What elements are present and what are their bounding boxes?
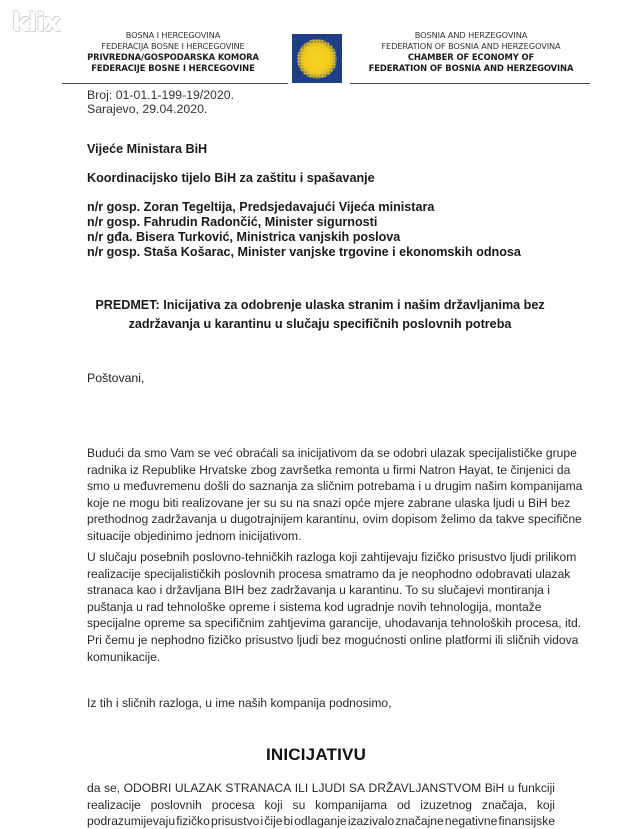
subject-line-1: PREDMET: Inicijativa za odobrenje ulaska… bbox=[70, 296, 570, 315]
initiative-word: se, bbox=[104, 780, 120, 797]
initiative-word: STRANACA bbox=[225, 780, 291, 797]
letterhead-chamber-name-en: CHAMBER OF ECONOMY OF bbox=[352, 52, 590, 63]
paragraph-2: U slučaju posebnih poslovno-tehničkih ra… bbox=[87, 549, 557, 665]
chamber-logo-icon bbox=[292, 34, 342, 83]
initiative-word: kompanijama bbox=[315, 797, 387, 814]
reference-place-date: Sarajevo, 29.04.2020. bbox=[87, 102, 207, 116]
paragraph-2-line: U slučaju posebnih poslovno-tehničkih ra… bbox=[87, 549, 557, 566]
reference-number: Broj: 01-01.1-199-19/2020. bbox=[87, 88, 234, 102]
letterhead-federation: FEDERACIJA BOSNE I HERCEGOVINE bbox=[62, 41, 284, 52]
paragraph-2-line: realizacije specijalističkih poslovnih p… bbox=[87, 566, 557, 583]
initiative-word: od bbox=[397, 797, 410, 814]
initiative-word: negativne bbox=[445, 813, 497, 829]
letterhead-divider-right bbox=[350, 83, 590, 84]
initiative-word: koji bbox=[537, 797, 555, 814]
initiative-word: prisustvo bbox=[211, 813, 259, 829]
initiative-line: podrazumijevajufizičkoprisustvoičijebiod… bbox=[87, 813, 555, 829]
paragraph-2-line: specijalne opreme sa specifičnim zahtjev… bbox=[87, 615, 557, 632]
paragraph-3-line: Iz tih i sličnih razloga, u ime naših ko… bbox=[87, 695, 557, 712]
paragraph-3: Iz tih i sličnih razloga, u ime naših ko… bbox=[87, 695, 557, 712]
recipient-attention-2: n/r gosp. Fahrudin Radončić, Minister si… bbox=[87, 215, 377, 229]
initiative-word: čije bbox=[264, 813, 282, 829]
initiative-line: realizacijeposlovnihprocesakojisukompani… bbox=[87, 797, 555, 814]
recipient-secondary: Koordinacijsko tijelo BiH za zaštitu i s… bbox=[87, 171, 375, 185]
subject-line-2: zadržavanja u karantinu u slučaju specif… bbox=[70, 315, 570, 334]
initiative-word: izuzetnog bbox=[420, 797, 472, 814]
initiative-word: fizičko bbox=[176, 813, 210, 829]
letterhead-federation-en: FEDERATION OF BOSNIA AND HERZEGOVINA bbox=[352, 41, 590, 52]
paragraph-1-line: prethodnog zadržavanja u dugotrajnijem k… bbox=[87, 511, 557, 528]
initiative-word: da bbox=[87, 780, 100, 797]
salutation: Poštovani, bbox=[87, 370, 144, 386]
recipient-primary: Vijeće Ministara BiH bbox=[87, 142, 207, 156]
paragraph-1-line: Budući da smo Vam se već obraćali sa ini… bbox=[87, 445, 557, 462]
initiative-word: poslovnih bbox=[151, 797, 202, 814]
subject: PREDMET: Inicijativa za odobrenje ulaska… bbox=[70, 296, 570, 334]
paragraph-1-line: smo u međuvremenu došli do saznanja za s… bbox=[87, 478, 557, 495]
initiative-word: funkciji bbox=[518, 780, 555, 797]
initiative-word: finansijske bbox=[499, 813, 555, 829]
initiative-line: dase,ODOBRIULAZAKSTRANACAILILJUDISADRŽAV… bbox=[87, 780, 555, 797]
sun-icon bbox=[297, 39, 337, 79]
initiative-word: DRŽAVLJANSTVOM bbox=[369, 780, 482, 797]
recipient-attention-1: n/r gosp. Zoran Tegeltija, Predsjedavaju… bbox=[87, 200, 434, 214]
paragraph-1: Budući da smo Vam se već obraćali sa ini… bbox=[87, 445, 557, 545]
initiative-word: u bbox=[508, 780, 515, 797]
letterhead-country: BOSNA I HERCEGOVINA bbox=[62, 30, 284, 41]
initiative-word: značaja, bbox=[482, 797, 527, 814]
initiative-word: odlaganje bbox=[294, 813, 346, 829]
paragraph-2-line: puštanja u rad tehnološke opreme i siste… bbox=[87, 599, 557, 616]
paragraph-1-line: situacije objedinimo jednom inicijativom… bbox=[87, 528, 557, 545]
paragraph-1-line: radnika iz Republike Hrvatske zbog završ… bbox=[87, 462, 557, 479]
letterhead-right-english: BOSNIA AND HERZEGOVINA FEDERATION OF BOS… bbox=[352, 30, 590, 74]
paragraph-1-line: koje ne mogu biti realizovane jer su su … bbox=[87, 495, 557, 512]
initiative-word: SA bbox=[349, 780, 365, 797]
initiative-word: ODOBRI bbox=[124, 780, 172, 797]
initiative-word: ILI bbox=[295, 780, 308, 797]
letterhead-country-en: BOSNIA AND HERZEGOVINA bbox=[352, 30, 590, 41]
initiative-word: koji bbox=[265, 797, 283, 814]
initiative-word: procesa bbox=[212, 797, 255, 814]
initiative-word: značajne bbox=[395, 813, 443, 829]
initiative-word: i bbox=[261, 813, 264, 829]
paragraph-2-line: stranaca kao i državljana BIH bez zadrža… bbox=[87, 582, 557, 599]
recipient-attention-4: n/r gosp. Staša Košarac, Minister vanjsk… bbox=[87, 245, 521, 259]
initiative-word: LJUDI bbox=[312, 780, 346, 797]
initiative-word: BiH bbox=[485, 780, 505, 797]
paragraph-2-line: komunikacije. bbox=[87, 649, 557, 666]
letterhead-left-bosnian: BOSNA I HERCEGOVINA FEDERACIJA BOSNE I H… bbox=[62, 30, 284, 74]
initiative-word: ULAZAK bbox=[175, 780, 222, 797]
recipient-attention-3: n/r gđa. Bisera Turković, Ministrica van… bbox=[87, 230, 400, 244]
initiative-text: dase,ODOBRIULAZAKSTRANACAILILJUDISADRŽAV… bbox=[87, 780, 555, 829]
initiative-word: podrazumijevaju bbox=[87, 813, 175, 829]
initiative-word: izazivalo bbox=[348, 813, 394, 829]
letterhead-chamber-federation-en: FEDERATION OF BOSNIA AND HERZEGOVINA bbox=[352, 63, 590, 74]
initiative-word: su bbox=[293, 797, 306, 814]
initiative-word: bi bbox=[284, 813, 293, 829]
initiative-word: realizacije bbox=[87, 797, 141, 814]
letterhead-chamber-federation: FEDERACIJE BOSNE I HERCEGOVINE bbox=[62, 63, 284, 74]
paragraph-2-line: Pri čemu je nephodno fizičko prisustvo l… bbox=[87, 632, 557, 649]
letterhead-divider-left bbox=[62, 83, 288, 84]
initiative-heading: INICIJATIVU bbox=[0, 745, 632, 765]
letterhead-chamber-name: PRIVREDNA/GOSPODARSKA KOMORA bbox=[62, 52, 284, 63]
